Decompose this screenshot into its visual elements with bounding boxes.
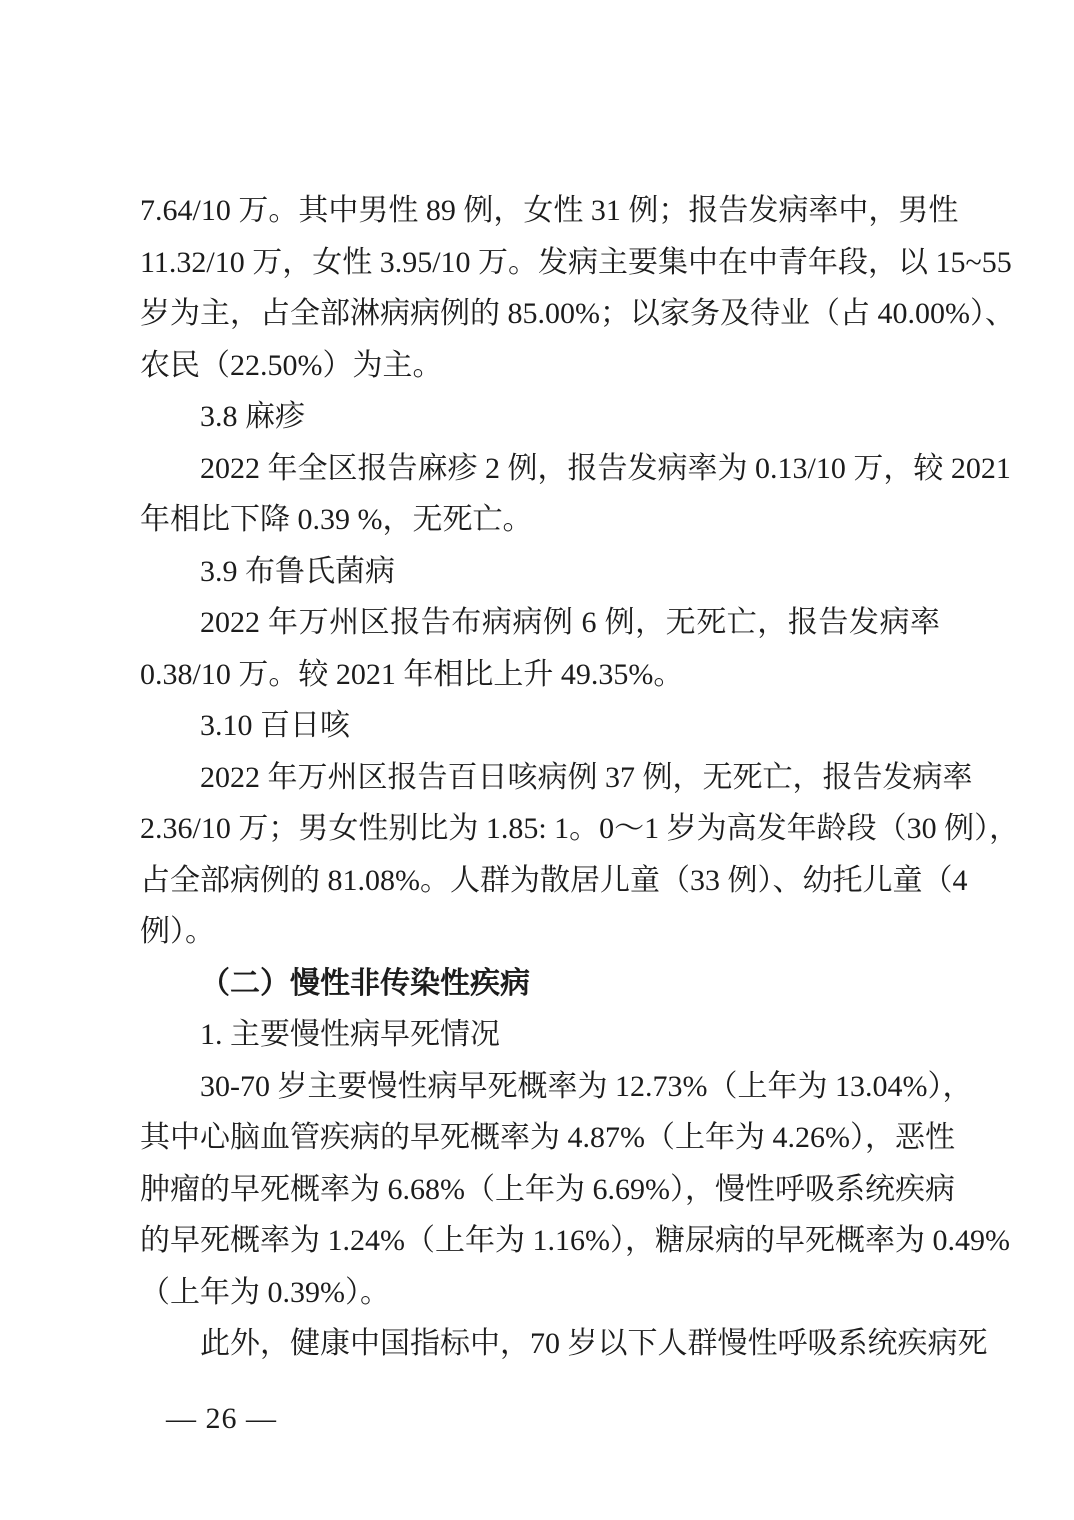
text-line: 11.32/10 万，女性 3.95/10 万。发病主要集中在中青年段，以 15… (140, 237, 940, 289)
text-line: 岁为主，占全部淋病病例的 85.00%；以家务及待业（占 40.00%）、 (140, 288, 940, 340)
text-line: 7.64/10 万。其中男性 89 例，女性 31 例；报告发病率中，男性 (140, 185, 940, 237)
text-line: 2022 年万州区报告布病病例 6 例，无死亡，报告发病率 (140, 597, 940, 649)
document-body: 7.64/10 万。其中男性 89 例，女性 31 例；报告发病率中，男性11.… (140, 185, 940, 1370)
text-line: （二）慢性非传染性疾病 (140, 958, 940, 1010)
text-line: 年相比下降 0.39 %，无死亡。 (140, 494, 940, 546)
text-line: 例）。 (140, 906, 940, 958)
text-line: 3.8 麻疹 (140, 391, 940, 443)
text-line: 3.9 布鲁氏菌病 (140, 546, 940, 598)
text-line: 30-70 岁主要慢性病早死概率为 12.73%（上年为 13.04%）， (140, 1061, 940, 1113)
text-line: 此外，健康中国指标中，70 岁以下人群慢性呼吸系统疾病死 (140, 1318, 940, 1370)
page-number: — 26 — (166, 1402, 277, 1436)
text-line: 3.10 百日咳 (140, 700, 940, 752)
text-line: 2.36/10 万；男女性别比为 1.85: 1。0～1 岁为高发年龄段（30 … (140, 803, 940, 855)
text-line: 占全部病例的 81.08%。人群为散居儿童（33 例）、幼托儿童（4 (140, 855, 940, 907)
text-line: 1. 主要慢性病早死情况 (140, 1009, 940, 1061)
text-line: （上年为 0.39%）。 (140, 1267, 940, 1319)
text-line: 2022 年全区报告麻疹 2 例，报告发病率为 0.13/10 万，较 2021 (140, 443, 940, 495)
document-page: 7.64/10 万。其中男性 89 例，女性 31 例；报告发病率中，男性11.… (0, 0, 1074, 1520)
text-line: 2022 年万州区报告百日咳病例 37 例，无死亡，报告发病率 (140, 752, 940, 804)
text-line: 肿瘤的早死概率为 6.68%（上年为 6.69%），慢性呼吸系统疾病 (140, 1164, 940, 1216)
text-line: 农民（22.50%）为主。 (140, 340, 940, 392)
text-line: 其中心脑血管疾病的早死概率为 4.87%（上年为 4.26%），恶性 (140, 1112, 940, 1164)
text-line: 的早死概率为 1.24%（上年为 1.16%），糖尿病的早死概率为 0.49% (140, 1215, 940, 1267)
text-line: 0.38/10 万。较 2021 年相比上升 49.35%。 (140, 649, 940, 701)
